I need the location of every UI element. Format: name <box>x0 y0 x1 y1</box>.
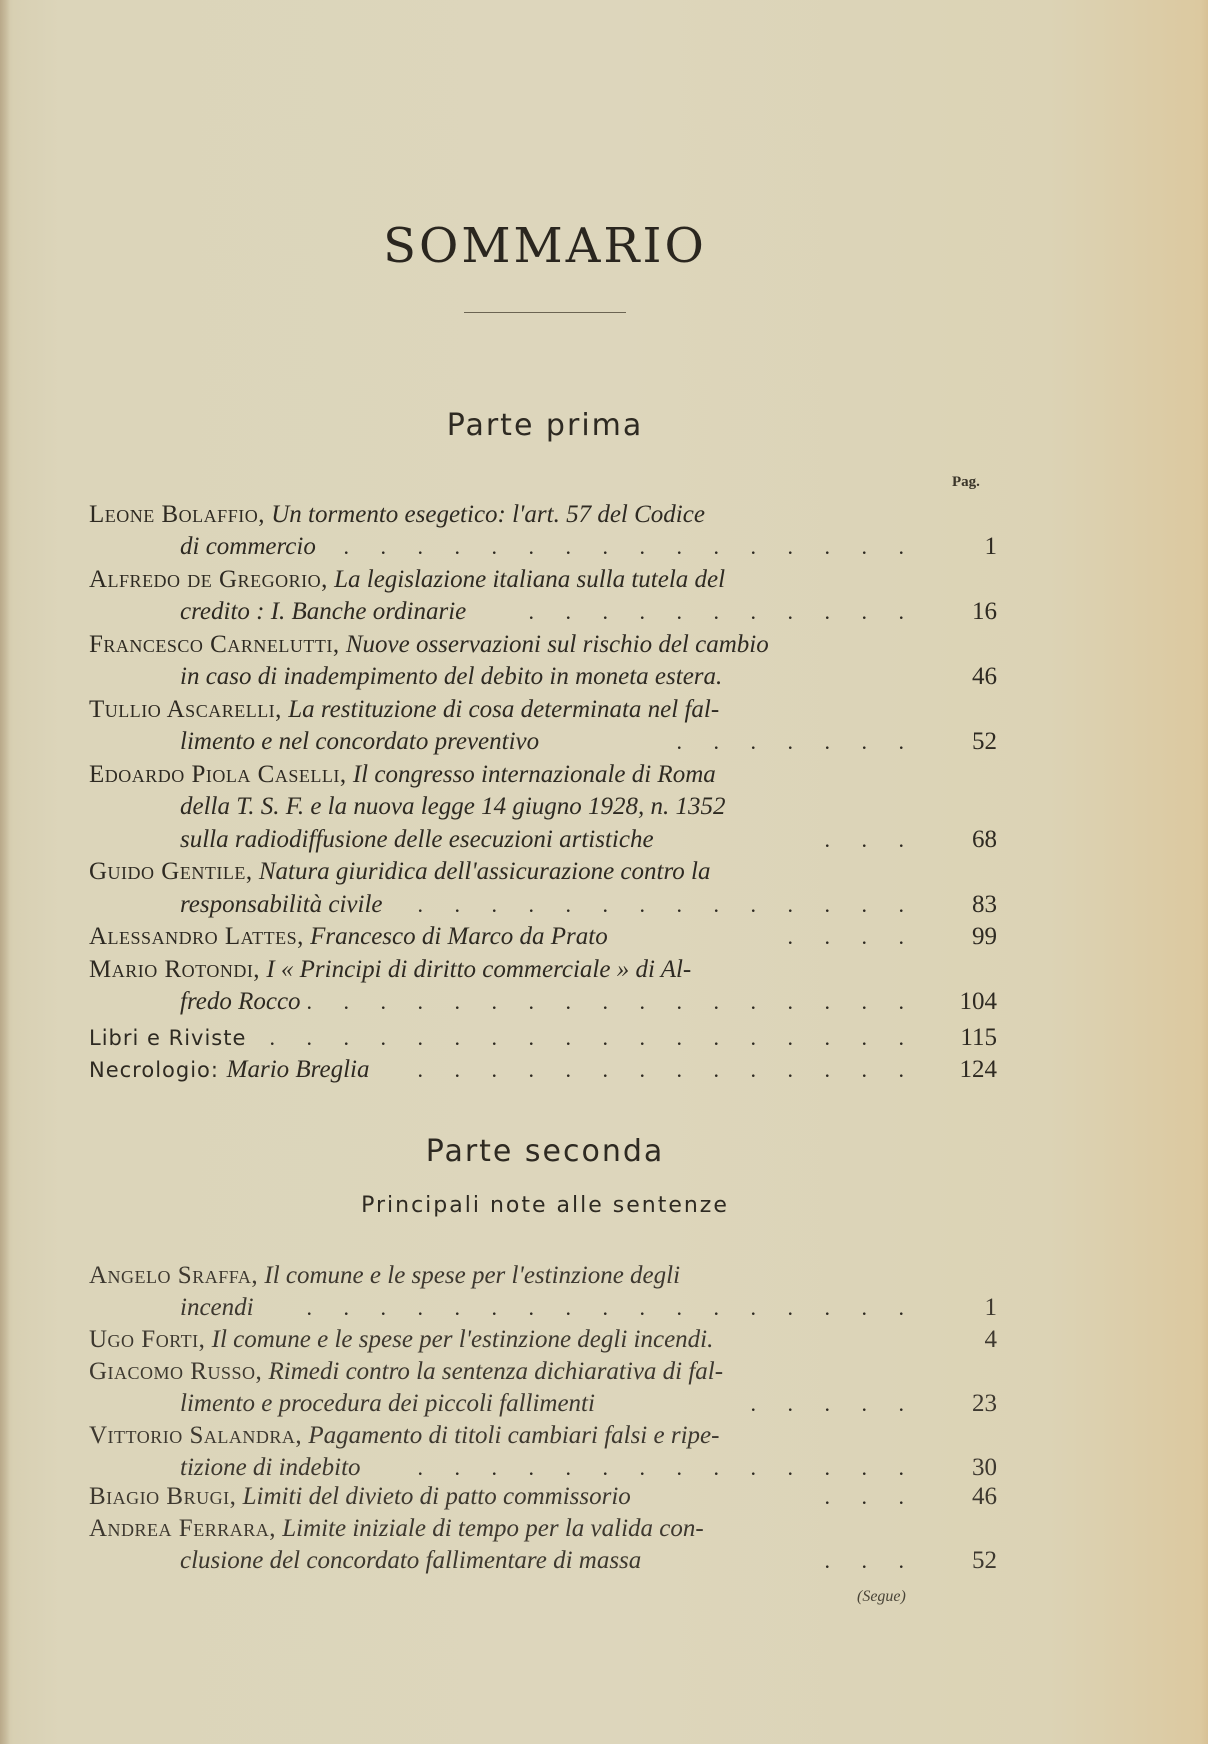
page-number: 46 <box>937 1481 997 1513</box>
entry-title: tizione di indebito <box>180 1452 361 1484</box>
toc-entry-continuation: sulla radiodiffusione delle esecuzioni a… <box>180 824 997 856</box>
toc-entry-continuation: credito : I. Banche ordinarie . . . . . … <box>180 596 997 628</box>
toc-entry: Mario Rotondi, I « Principi di diritto c… <box>89 954 997 986</box>
title-rule <box>464 312 626 313</box>
toc-entry: Giacomo Russo, Rimedi contro la sentenza… <box>89 1356 997 1388</box>
entry-title: limento e nel concordato preventivo <box>180 726 539 758</box>
leader-dots: . . . <box>825 1481 918 1513</box>
entry-author: Biagio Brugi, <box>89 1483 236 1510</box>
entry-label: Libri e Riviste <box>89 1022 246 1054</box>
entry-title: credito : I. Banche ordinarie <box>180 596 466 628</box>
part-two-subheading: Principali note alle sentenze <box>0 1192 1090 1220</box>
entry-title: Il congresso internazionale di Roma <box>347 761 716 788</box>
leader-dots: . . . . . . . <box>677 726 918 758</box>
page-number: 16 <box>937 596 997 628</box>
leader-dots: . . . . . . . . . . . . . . <box>418 1452 918 1484</box>
entry-label: Necrologio: <box>89 1058 227 1082</box>
entry-title: incendi <box>180 1292 254 1324</box>
entry-author: Vittorio Salandra, <box>89 1422 302 1449</box>
page-number: 46 <box>937 661 997 693</box>
toc-entry-continuation: in caso di inadempimento del debito in m… <box>180 661 997 693</box>
toc-entry-continuation: della T. S. F. e la nuova legge 14 giugn… <box>180 791 997 823</box>
leader-dots: . . . . . . . . . . . . . . . . <box>344 531 918 563</box>
entry-title: Limiti del divieto di patto commissorio <box>236 1483 630 1510</box>
toc-entry: Edoardo Piola Caselli, Il congresso inte… <box>89 759 997 791</box>
toc-entry: Leone Bolaffio, Un tormento esegetico: l… <box>89 499 997 531</box>
entry-author: Giacomo Russo, <box>89 1358 262 1385</box>
toc-entry: Vittorio Salandra, Pagamento di titoli c… <box>89 1420 997 1452</box>
entry-title: Limite iniziale di tempo per la valida c… <box>276 1515 704 1542</box>
entry-title: I « Principi di diritto commerciale » di… <box>260 956 691 983</box>
page-number: 52 <box>937 1545 997 1577</box>
toc-entry: Angelo Sraffa, Il comune e le spese per … <box>89 1260 997 1292</box>
part-one-heading: Parte prima <box>0 408 1090 444</box>
leader-dots: . . . . . <box>751 1388 918 1420</box>
page-number: 104 <box>937 986 997 1018</box>
page-number: 23 <box>937 1388 997 1420</box>
entry-author: Alfredo de Gregorio, <box>89 566 328 593</box>
page-column-label: Pag. <box>952 474 980 491</box>
leader-dots: . . . <box>825 824 918 856</box>
leader-dots: . . . . . . . . . . . . . . <box>418 1054 918 1086</box>
page-number: 4 <box>937 1324 997 1356</box>
leader-dots: . . . . . . . . . . . . . . . . . . <box>270 1022 918 1054</box>
entry-title: limento e procedura dei piccoli fallimen… <box>180 1388 595 1420</box>
entry-title: Natura giuridica dell'assicurazione cont… <box>253 858 711 885</box>
entry-title: Mario Breglia <box>227 1056 370 1083</box>
entry-title: responsabilità civile <box>180 889 383 921</box>
entry-title: della T. S. F. e la nuova legge 14 giugn… <box>180 791 726 823</box>
page-number: 99 <box>937 921 997 953</box>
toc-entry: Ugo Forti, Il comune e le spese per l'es… <box>89 1324 997 1356</box>
toc-entry-continuation: fredo Rocco . . . . . . . . . . . . . . … <box>180 986 997 1018</box>
entry-author: Guido Gentile, <box>89 858 253 885</box>
toc-entry: Guido Gentile, Natura giuridica dell'ass… <box>89 856 997 888</box>
entry-author: Alessandro Lattes, <box>89 923 304 950</box>
toc-entry-continuation: di commercio . . . . . . . . . . . . . .… <box>180 531 997 563</box>
entry-title: Un tormento esegetico: l'art. 57 del Cod… <box>265 501 705 528</box>
entry-title: clusione del concordato fallimentare di … <box>180 1545 641 1577</box>
leader-dots: . . . . <box>788 921 918 953</box>
toc-entry: Biagio Brugi, Limiti del divieto di patt… <box>89 1481 997 1513</box>
part-two-heading: Parte seconda <box>0 1134 1090 1170</box>
entry-title: di commercio <box>180 531 316 563</box>
entry-title: La restituzione di cosa determinata nel … <box>282 696 719 723</box>
toc-entry-continuation: limento e nel concordato preventivo . . … <box>180 726 997 758</box>
continued-note: (Segue) <box>857 1588 906 1606</box>
page-number: 83 <box>937 889 997 921</box>
entry-author: Francesco Carnelutti, <box>89 631 340 658</box>
page-number: 52 <box>937 726 997 758</box>
entry-author: Mario Rotondi, <box>89 956 260 983</box>
entry-title: sulla radiodiffusione delle esecuzioni a… <box>180 824 654 856</box>
page-title: SOMMARIO <box>0 218 1090 274</box>
page-number: 124 <box>937 1054 997 1086</box>
toc-entry-libri: Libri e Riviste . . . . . . . . . . . . … <box>89 1022 997 1054</box>
entry-title: La legislazione italiana sulla tutela de… <box>328 566 725 593</box>
leader-dots: . . . . . . . . . . . . . . . . . <box>307 1292 918 1324</box>
toc-entry: Tullio Ascarelli, La restituzione di cos… <box>89 694 997 726</box>
page-number: 68 <box>937 824 997 856</box>
entry-title: Il comune e le spese per l'estinzione de… <box>205 1326 713 1353</box>
toc-entry: Alessandro Lattes, Francesco di Marco da… <box>89 921 997 953</box>
page-number: 115 <box>937 1022 997 1054</box>
table-of-contents-page: SOMMARIO Parte prima Pag. Leone Bolaffio… <box>0 0 1208 1744</box>
leader-dots: . . . . . . . . . . . . . . <box>418 889 918 921</box>
leader-dots: . . . <box>825 1545 918 1577</box>
entry-title: Nuove osservazioni sul rischio del cambi… <box>340 631 769 658</box>
entry-title: in caso di inadempimento del debito in m… <box>180 661 722 693</box>
entry-author: Angelo Sraffa, <box>89 1262 258 1289</box>
entry-author: Leone Bolaffio, <box>89 501 265 528</box>
entry-author: Tullio Ascarelli, <box>89 696 282 723</box>
entry-title: Francesco di Marco da Prato <box>304 923 608 950</box>
leader-dots: . . . . . . . . . . . <box>529 596 918 628</box>
toc-entry: Francesco Carnelutti, Nuove osservazioni… <box>89 629 997 661</box>
toc-entry-continuation: clusione del concordato fallimentare di … <box>180 1545 997 1577</box>
entry-author: Ugo Forti, <box>89 1326 205 1353</box>
entry-title: Pagamento di titoli cambiari falsi e rip… <box>302 1422 719 1449</box>
toc-entry-continuation: tizione di indebito . . . . . . . . . . … <box>180 1452 997 1484</box>
entry-title: Rimedi contro la sentenza dichiarativa d… <box>262 1358 723 1385</box>
toc-entry-necrologio: Necrologio: Mario Breglia . . . . . . . … <box>89 1054 997 1086</box>
entry-title: Il comune e le spese per l'estinzione de… <box>258 1262 680 1289</box>
page-number: 1 <box>937 1292 997 1324</box>
toc-entry: Alfredo de Gregorio, La legislazione ita… <box>89 564 997 596</box>
toc-entry-continuation: responsabilità civile . . . . . . . . . … <box>180 889 997 921</box>
entry-author: Andrea Ferrara, <box>89 1515 276 1542</box>
page-number: 30 <box>937 1452 997 1484</box>
toc-entry: Andrea Ferrara, Limite iniziale di tempo… <box>89 1513 997 1545</box>
toc-entry-continuation: limento e procedura dei piccoli fallimen… <box>180 1388 997 1420</box>
leader-dots: . . . . . . . . . . . . . . . . . <box>307 986 918 1018</box>
page-number: 1 <box>937 531 997 563</box>
toc-entry-continuation: incendi . . . . . . . . . . . . . . . . … <box>180 1292 997 1324</box>
entry-title: fredo Rocco <box>180 986 301 1018</box>
entry-author: Edoardo Piola Caselli, <box>89 761 347 788</box>
